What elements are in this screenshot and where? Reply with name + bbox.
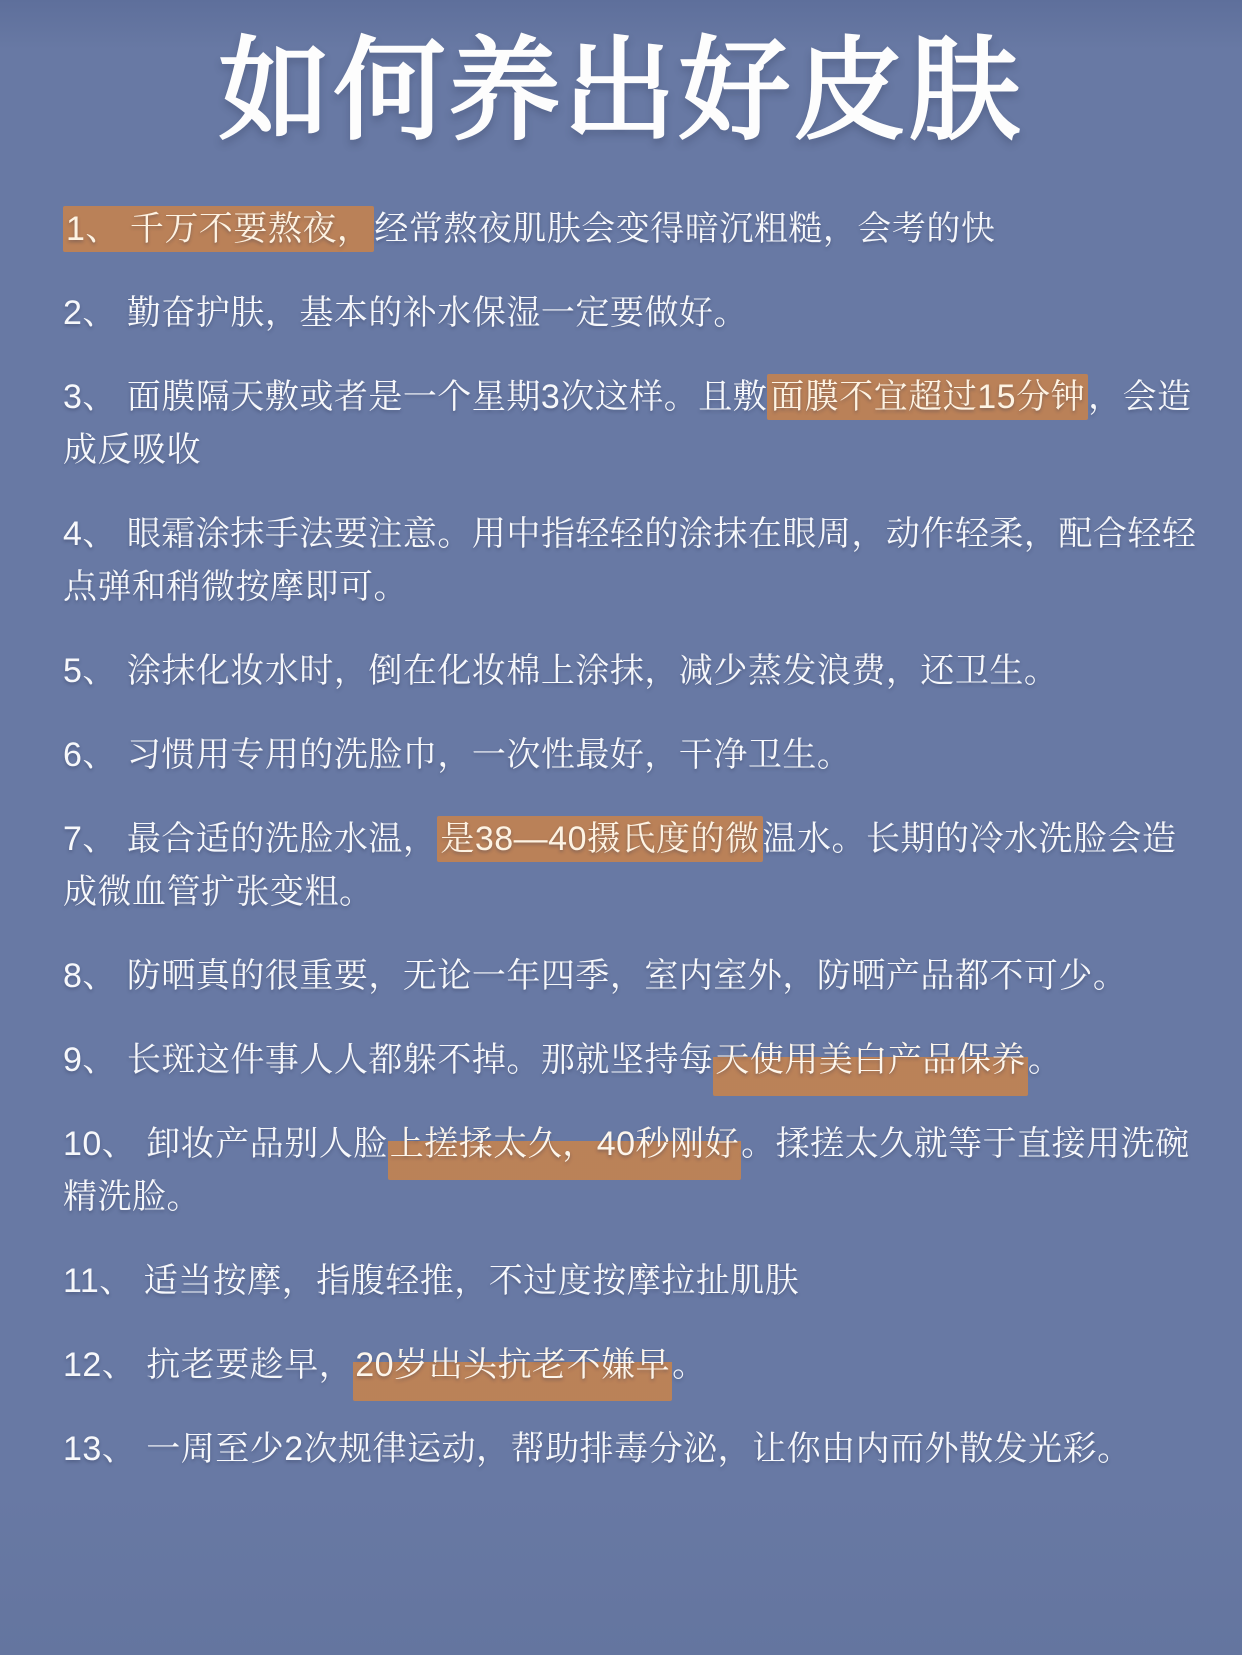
page-title: 如何养出好皮肤 xyxy=(0,0,1242,153)
tip-item-4: 4、 眼霜涂抹手法要注意。用中指轻轻的涂抹在眼周，动作轻柔，配合轻轻点弹和稍微按… xyxy=(63,508,1204,614)
tip-text: 9、 长斑这件事人人都躲不掉。那就坚持每 xyxy=(63,1041,713,1079)
tip-item-8: 8、 防晒真的很重要，无论一年四季，室内室外，防晒产品都不可少。 xyxy=(63,950,1204,1003)
tip-text: 2、 勤奋护肤，基本的补水保湿一定要做好。 xyxy=(63,294,748,332)
tip-text: 3、 面膜隔天敷或者是一个星期3次这样。且敷 xyxy=(63,378,767,416)
highlighted-text: 上搓揉太久，40秒刚好 xyxy=(388,1125,741,1180)
tip-text: 。 xyxy=(1028,1041,1063,1079)
tip-item-7: 7、 最合适的洗脸水温，是38—40摄氏度的微温水。长期的冷水洗脸会造成微血管扩… xyxy=(63,813,1204,919)
highlighted-text: 1、 千万不要熬夜， xyxy=(63,206,374,252)
tip-text: 13、 一周至少2次规律运动，帮助排毒分泌，让你由内而外散发光彩。 xyxy=(63,1430,1132,1468)
tip-item-6: 6、 习惯用专用的洗脸巾，一次性最好，干净卫生。 xyxy=(63,729,1204,782)
highlighted-text: 是38—40摄氏度的微 xyxy=(437,816,762,862)
tip-item-11: 11、 适当按摩，指腹轻推，不过度按摩拉扯肌肤 xyxy=(63,1255,1204,1308)
tip-text: 7、 最合适的洗脸水温， xyxy=(63,820,437,858)
tip-text: 。 xyxy=(672,1346,707,1384)
tip-item-1: 1、 千万不要熬夜，经常熬夜肌肤会变得暗沉粗糙，会考的快 xyxy=(63,203,1204,256)
tip-text: 经常熬夜肌肤会变得暗沉粗糙，会考的快 xyxy=(374,210,995,248)
highlighted-text: 面膜不宜超过15分钟 xyxy=(767,374,1088,420)
tip-text: 6、 习惯用专用的洗脸巾，一次性最好，干净卫生。 xyxy=(63,736,851,774)
tip-text: 11、 适当按摩，指腹轻推，不过度按摩拉扯肌肤 xyxy=(63,1262,799,1300)
tip-text: 8、 防晒真的很重要，无论一年四季，室内室外，防晒产品都不可少。 xyxy=(63,957,1127,995)
tip-item-5: 5、 涂抹化妆水时，倒在化妆棉上涂抹，减少蒸发浪费，还卫生。 xyxy=(63,645,1204,698)
tip-text: 12、 抗老要趁早， xyxy=(63,1346,353,1384)
tip-item-2: 2、 勤奋护肤，基本的补水保湿一定要做好。 xyxy=(63,287,1204,340)
infographic-page: 如何养出好皮肤 1、 千万不要熬夜，经常熬夜肌肤会变得暗沉粗糙，会考的快2、 勤… xyxy=(0,0,1242,1655)
tip-item-12: 12、 抗老要趁早，20岁出头抗老不嫌早。 xyxy=(63,1339,1204,1392)
tip-item-3: 3、 面膜隔天敷或者是一个星期3次这样。且敷面膜不宜超过15分钟，会造成反吸收 xyxy=(63,371,1204,477)
tip-item-13: 13、 一周至少2次规律运动，帮助排毒分泌，让你由内而外散发光彩。 xyxy=(63,1423,1204,1476)
tip-text: 5、 涂抹化妆水时，倒在化妆棉上涂抹，减少蒸发浪费，还卫生。 xyxy=(63,652,1058,690)
tip-text: 4、 眼霜涂抹手法要注意。用中指轻轻的涂抹在眼周，动作轻柔，配合轻轻点弹和稍微按… xyxy=(63,515,1196,606)
tip-text: 10、 卸妆产品别人脸 xyxy=(63,1125,388,1163)
tip-item-10: 10、 卸妆产品别人脸上搓揉太久，40秒刚好。揉搓太久就等于直接用洗碗精洗脸。 xyxy=(63,1118,1204,1224)
tips-list: 1、 千万不要熬夜，经常熬夜肌肤会变得暗沉粗糙，会考的快2、 勤奋护肤，基本的补… xyxy=(0,203,1242,1476)
highlighted-text: 天使用美白产品保养 xyxy=(713,1041,1028,1096)
tip-item-9: 9、 长斑这件事人人都躲不掉。那就坚持每天使用美白产品保养。 xyxy=(63,1034,1204,1087)
highlighted-text: 20岁出头抗老不嫌早 xyxy=(353,1346,672,1401)
